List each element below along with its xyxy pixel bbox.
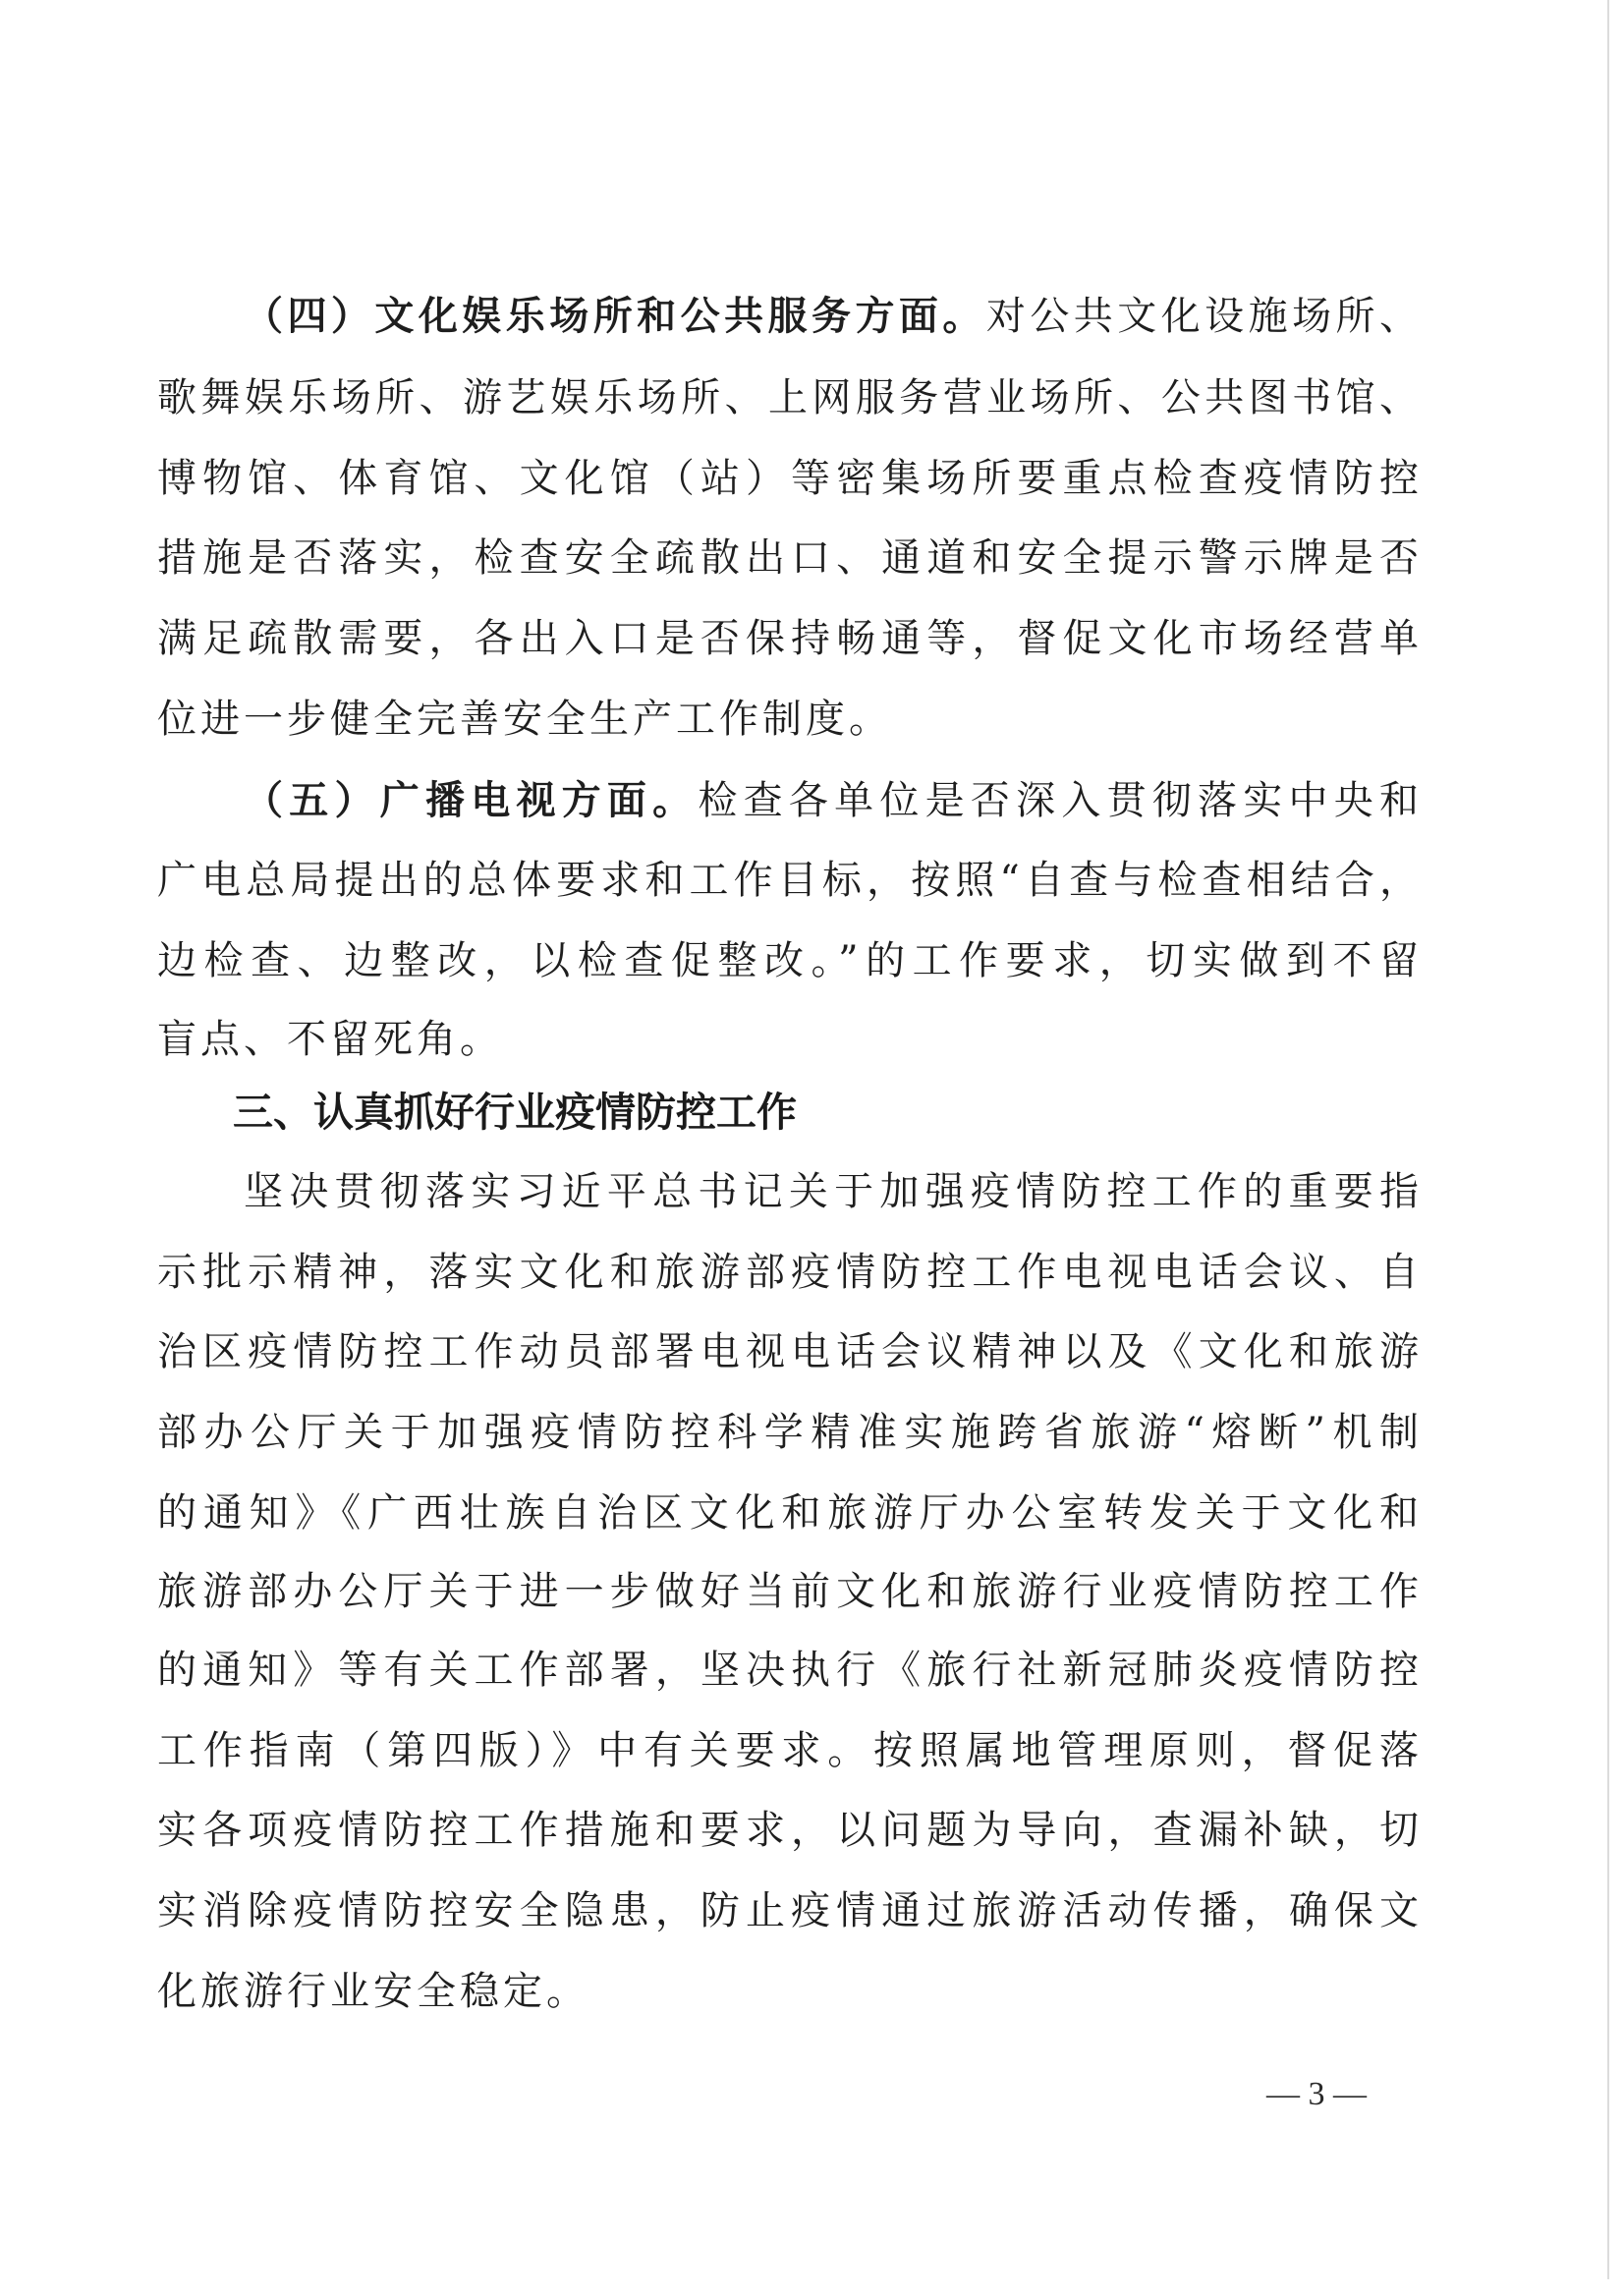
page-edge xyxy=(1607,0,1609,2279)
paragraph-line: 满足疏散需要，各出入口是否保持畅通等，督促文化市场经营单 xyxy=(157,609,1419,668)
paragraph-line: 工作指南（第四版）》中有关要求。按照属地管理原则，督促落 xyxy=(157,1721,1419,1780)
paragraph-text: 对公共文化设施场所、 xyxy=(986,294,1419,339)
paragraph-line: 坚决贯彻落实习近平总书记关于加强疫情防控工作的重要指 xyxy=(244,1162,1419,1221)
subsection-label-5: （五）广播电视方面。 xyxy=(244,777,698,823)
paragraph-text: 检查各单位是否深入贯彻落实中央和 xyxy=(698,778,1419,823)
paragraph-line: 的通知》等有关工作部署，坚决执行《旅行社新冠肺炎疫情防控 xyxy=(157,1641,1419,1700)
paragraph-line: 边检查、边整改，以检查促整改。”的工作要求，切实做到不留 xyxy=(157,931,1419,990)
paragraph-line: 位进一步健全完善安全生产工作制度。 xyxy=(157,690,1419,749)
section-heading: 三、认真抓好行业疫情防控工作 xyxy=(233,1083,797,1142)
paragraph-line: 治区疫情防控工作动员部署电视电话会议精神以及《文化和旅游 xyxy=(157,1322,1419,1381)
paragraph-line: 实各项疫情防控工作措施和要求，以问题为导向，查漏补缺，切 xyxy=(157,1801,1419,1860)
paragraph-line: 部办公厅关于加强疫情防控科学精准实施跨省旅游“熔断”机制 xyxy=(157,1403,1419,1462)
paragraph-line: 实消除疫情防控安全隐患，防止疫情通过旅游活动传播，确保文 xyxy=(157,1881,1419,1940)
paragraph-line: 旅游部办公厅关于进一步做好当前文化和旅游行业疫情防控工作 xyxy=(157,1562,1419,1621)
page-number: — 3 — xyxy=(1248,2073,1385,2116)
paragraph-line: （五）广播电视方面。检查各单位是否深入贯彻落实中央和 xyxy=(244,771,1419,830)
paragraph-line: 博物馆、体育馆、文化馆（站）等密集场所要重点检查疫情防控 xyxy=(157,449,1419,508)
paragraph-line: 措施是否落实，检查安全疏散出口、通道和安全提示警示牌是否 xyxy=(157,529,1419,588)
paragraph-line: 盲点、不留死角。 xyxy=(157,1010,1419,1069)
paragraph-line: 化旅游行业安全稳定。 xyxy=(157,1962,1419,2021)
subsection-label-4: （四）文化娱乐场所和公共服务方面。 xyxy=(244,293,986,339)
paragraph-line: 的通知》《广西壮族自治区文化和旅游厅办公室转发关于文化和 xyxy=(157,1483,1419,1542)
paragraph-line: 歌舞娱乐场所、游艺娱乐场所、上网服务营业场所、公共图书馆、 xyxy=(157,368,1419,427)
paragraph-line: 广电总局提出的总体要求和工作目标，按照“自查与检查相结合， xyxy=(157,851,1419,910)
paragraph-line: （四）文化娱乐场所和公共服务方面。对公共文化设施场所、 xyxy=(244,287,1419,346)
paragraph-line: 示批示精神，落实文化和旅游部疫情防控工作电视电话会议、自 xyxy=(157,1243,1419,1302)
